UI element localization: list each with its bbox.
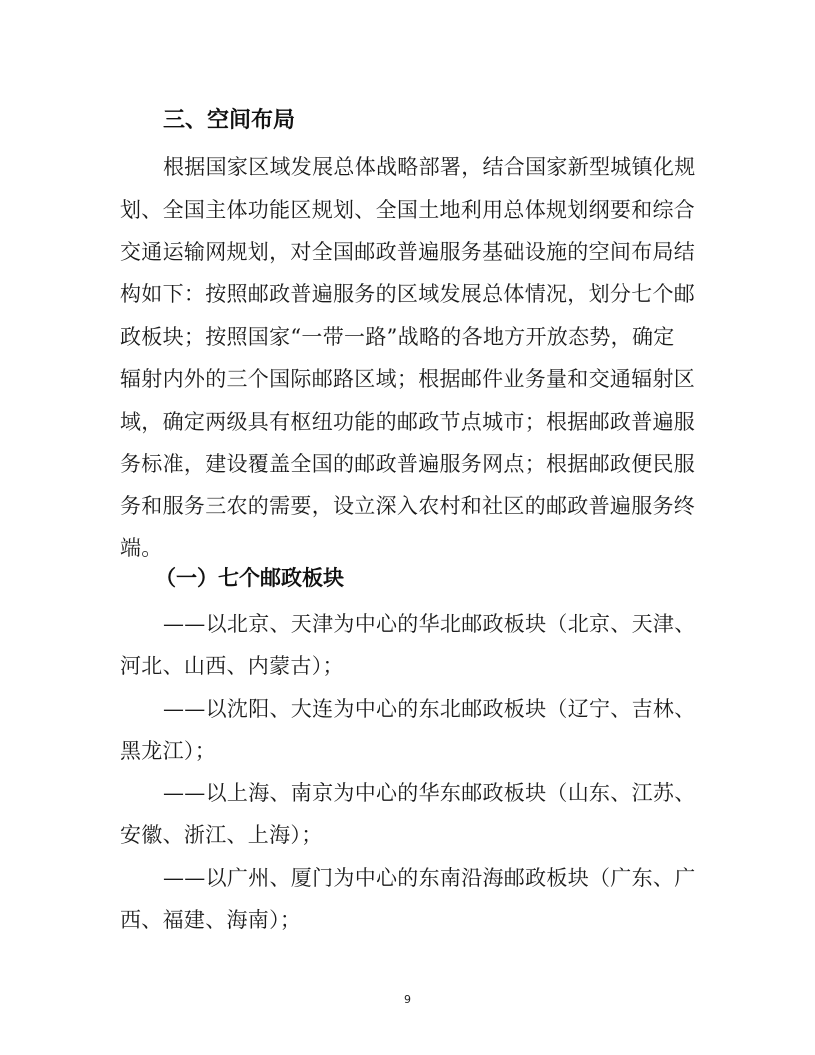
section-heading: 三、空间布局 — [163, 108, 295, 134]
paragraph-line: 辐射内外的三个国际邮路区域；根据邮件业务量和交通辐射区 — [120, 367, 700, 391]
page-number: 9 — [0, 993, 815, 1006]
paragraph-line: 政板块；按照国家“一带一路”战略的各地方开放态势，确定 — [120, 325, 700, 349]
paragraph-line: 划、全国主体功能区规划、全国土地利用总体规划纲要和综合 — [120, 198, 700, 222]
list-item-line: 西、福建、海南）； — [120, 908, 700, 932]
list-item-line: 河北、山西、内蒙古）； — [120, 654, 700, 678]
list-item-line: ——以上海、南京为中心的华东邮政板块（山东、江苏、 — [163, 781, 703, 805]
document-page: 三、空间布局 根据国家区域发展总体战略部署，结合国家新型城镇化规 划、全国主体功… — [0, 0, 815, 1055]
subsection-heading: （一）七个邮政板块 — [155, 565, 344, 591]
paragraph-line: 务标准，建设覆盖全国的邮政普遍服务网点；根据邮政便民服 — [120, 452, 700, 476]
paragraph-line: 域，确定两级具有枢纽功能的邮政节点城市；根据邮政普遍服 — [120, 410, 700, 434]
list-item-line: ——以北京、天津为中心的华北邮政板块（北京、天津、 — [163, 612, 703, 636]
paragraph-line: 交通运输网规划，对全国邮政普遍服务基础设施的空间布局结 — [120, 240, 700, 264]
paragraph-line: 构如下：按照邮政普遍服务的区域发展总体情况，划分七个邮 — [120, 282, 700, 306]
list-item-line: 安徽、浙江、上海）； — [120, 823, 700, 847]
list-item-line: 黑龙江）； — [120, 739, 700, 763]
list-item-line: ——以广州、厦门为中心的东南沿海邮政板块（广东、广 — [163, 866, 703, 890]
paragraph-line: 根据国家区域发展总体战略部署，结合国家新型城镇化规 — [163, 155, 703, 179]
list-item-line: ——以沈阳、大连为中心的东北邮政板块（辽宁、吉林、 — [163, 697, 703, 721]
paragraph-line: 务和服务三农的需要，设立深入农村和社区的邮政普遍服务终 — [120, 494, 700, 518]
paragraph-line: 端。 — [120, 536, 700, 560]
